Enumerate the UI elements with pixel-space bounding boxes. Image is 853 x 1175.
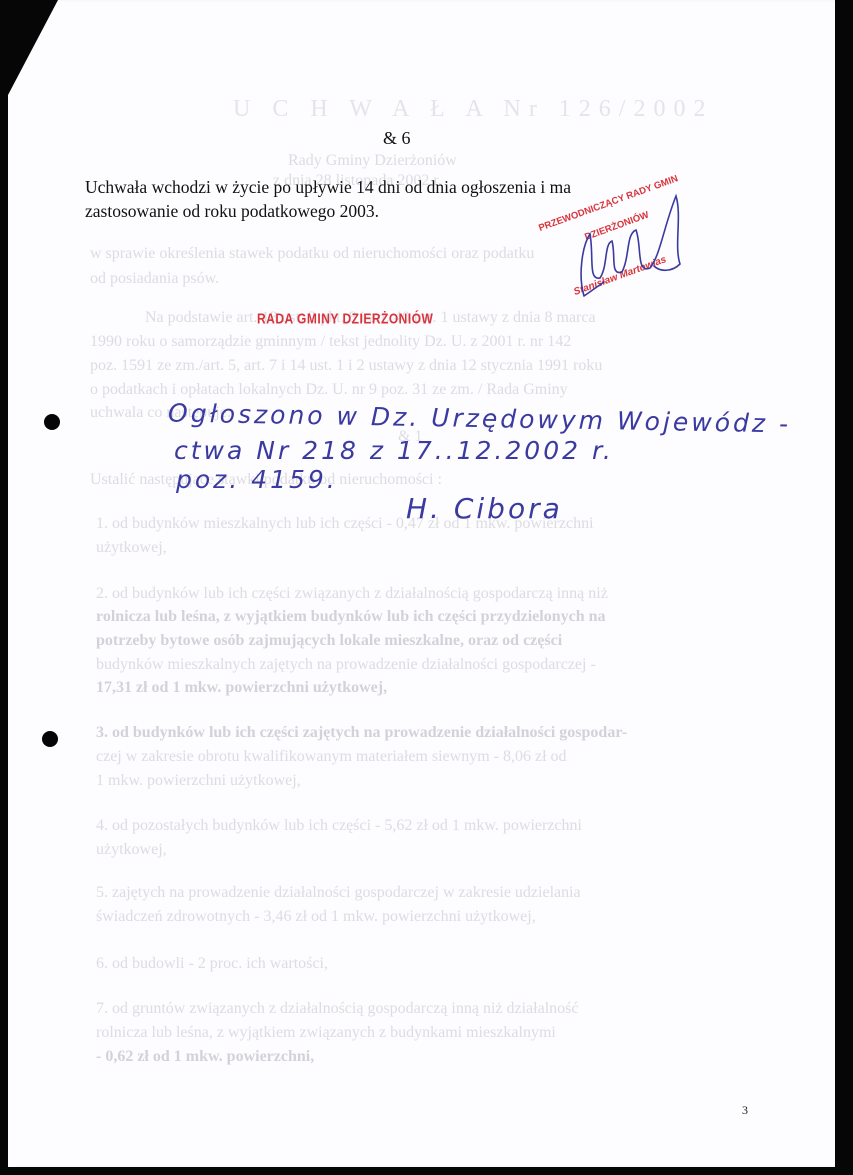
handwritten-signature: H. Cibora (406, 492, 563, 525)
punch-hole-icon (42, 731, 58, 747)
chair-signature-icon (564, 186, 694, 306)
handwritten-note-line-3: poz. 4159. (176, 465, 338, 494)
bleed-subject-2: od posiadania psów. (90, 268, 219, 290)
bleed-item-2c: potrzeby bytowe osób zajmujących lokale … (96, 630, 562, 652)
bleed-item-1b: użytkowej, (96, 537, 167, 559)
bleed-basis-2: poz. 1591 ze zm./art. 5, art. 7 i 14 ust… (90, 355, 602, 377)
bleed-item-5a: 5. zajętych na prowadzenie działalności … (96, 882, 581, 904)
bleed-item-6: 6. od budowli - 2 proc. ich wartości, (96, 953, 328, 975)
handwritten-note-line-1: Ogłoszono w Dz. Urzędowym Wojewódz - (168, 399, 791, 439)
bleed-item-2e: 17,31 zł od 1 mkw. powierzchni użytkowej… (96, 677, 387, 699)
bleed-item-4b: użytkowej, (96, 839, 167, 861)
bleed-subject-1: w sprawie określenia stawek podatku od n… (90, 243, 534, 265)
bleed-item-4a: 4. od pozostałych budynków lub ich częśc… (96, 815, 582, 837)
document-page: U C H W A Ł A Nr 126/2002 Rady Gminy Dzi… (8, 0, 835, 1168)
bleed-item-2b: rolnicza lub leśna, z wyjątkiem budynków… (96, 606, 606, 628)
handwritten-note-line-2: ctwa Nr 218 z 17..12.2002 r. (174, 436, 614, 465)
page-number: 3 (742, 1103, 748, 1118)
bleed-item-3a: 3. od budynków lub ich części zajętych n… (96, 722, 627, 744)
bleed-item-3b: czej w zakresie obrotu kwalifikowanym ma… (96, 746, 567, 768)
bleed-basis-1: 1990 roku o samorządzie gminnym / tekst … (90, 331, 571, 353)
punch-hole-icon (44, 414, 60, 430)
bleed-item-7a: 7. od gruntów związanych z działalnością… (96, 998, 578, 1020)
body-line-1: Uchwała wchodzi w życie po upływie 14 dn… (85, 175, 571, 199)
bleed-item-7c: - 0,62 zł od 1 mkw. powierzchni, (96, 1046, 314, 1068)
bleed-item-3c: 1 mkw. powierzchni użytkowej, (96, 770, 301, 792)
section-mark: & 6 (383, 128, 411, 149)
bleed-item-5b: świadczeń zdrowotnych - 3,46 zł od 1 mkw… (96, 906, 536, 928)
council-stamp: RADA GMINY DZIERŻONIÓW (257, 310, 433, 328)
bleed-item-2d: budynków mieszkalnych zajętych na prowad… (96, 654, 596, 676)
scanned-document: U C H W A Ł A Nr 126/2002 Rady Gminy Dzi… (0, 0, 853, 1175)
bleed-item-2a: 2. od budynków lub ich części związanych… (96, 583, 608, 605)
bleed-subtitle: Rady Gminy Dzierżoniów (288, 150, 457, 172)
body-line-2: zastosowanie od roku podatkowego 2003. (85, 199, 379, 223)
bleed-item-7b: rolnicza lub leśna, z wyjątkiem związany… (96, 1022, 556, 1044)
bleed-basis-3: o podatkach i opłatach lokalnych Dz. U. … (90, 379, 568, 401)
bleed-title: U C H W A Ł A Nr 126/2002 (233, 98, 713, 120)
